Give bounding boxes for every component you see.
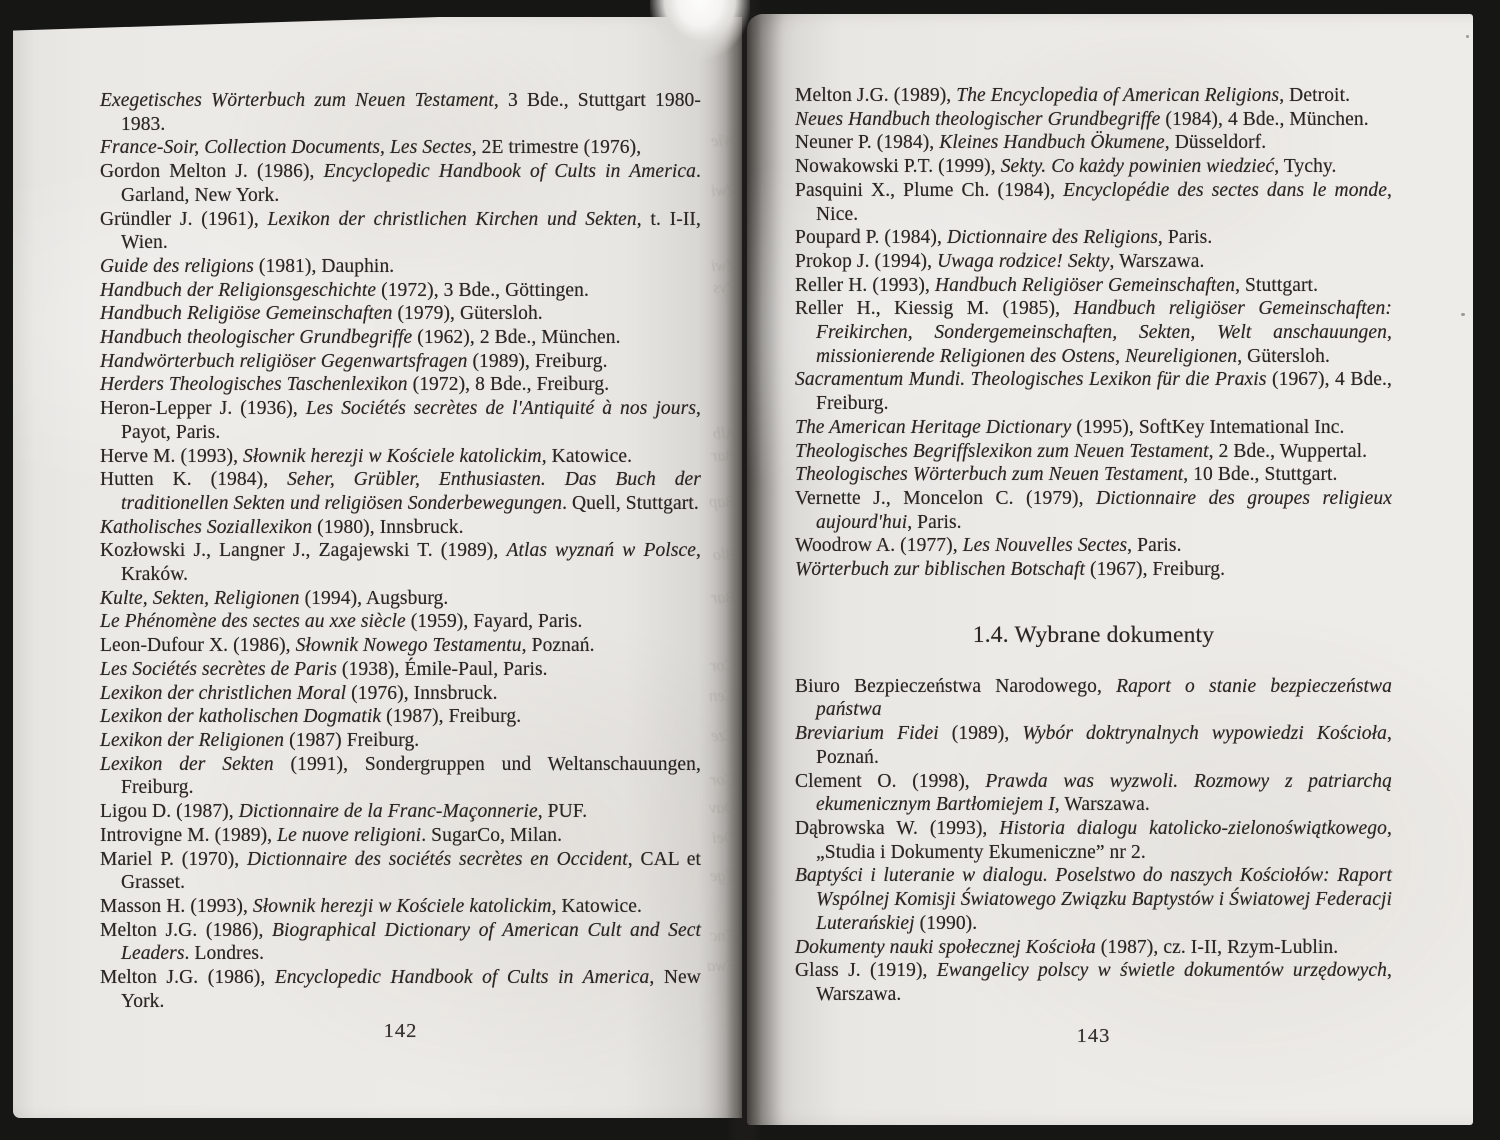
bibliography-entry: Sacramentum Mundi. Theologisches Lexikon… <box>795 368 1392 415</box>
bibliography-entry: Gründler J. (1961), Lexikon der christli… <box>100 208 701 255</box>
bibliography-entry: Katholisches Soziallexikon (1980), Innsb… <box>100 516 701 540</box>
bibliography-entry: Herders Theologisches Taschenlexikon (19… <box>100 373 701 397</box>
bibliography-entry: Lexikon der christlichen Moral (1976), I… <box>100 682 701 706</box>
book-spread-scan: Exegetisches Wörterbuch zum Neuen Testam… <box>0 0 1500 1140</box>
bibliography-entry: Pasquini X., Plume Ch. (1984), Encyclopé… <box>795 179 1392 226</box>
bibliography-entry: Masson H. (1993), Słownik herezji w Kośc… <box>100 895 701 919</box>
bibliography-entry: Lexikon der Sekten (1991), Sondergruppen… <box>100 753 701 800</box>
bibliography-entry: Prokop J. (1994), Uwaga rodzice! Sekty, … <box>795 250 1392 274</box>
bibliography-entry: Ligou D. (1987), Dictionnaire de la Fran… <box>100 800 701 824</box>
bibliography-entry: Neues Handbuch theologischer Grundbegrif… <box>795 108 1392 132</box>
bibliography-entry: Melton J.G. (1986), Biographical Diction… <box>100 919 701 966</box>
bibliography-entry: Exegetisches Wörterbuch zum Neuen Testam… <box>100 89 701 136</box>
bibliography-entry: Theologisches Begriffslexikon zum Neuen … <box>795 440 1392 464</box>
bibliography-entry: Woodrow A. (1977), Les Nouvelles Sectes,… <box>795 534 1392 558</box>
section-heading: 1.4. Wybrane dokumenty <box>795 621 1392 649</box>
bibliography-entry: Herve M. (1993), Słownik herezji w Kości… <box>100 445 701 469</box>
bibliography-entry: Gordon Melton J. (1986), Encyclopedic Ha… <box>100 160 701 207</box>
bibliography-entry: Melton J.G. (1989), The Encyclopedia of … <box>795 84 1392 108</box>
bibliography-entry: Nowakowski P.T. (1999), Sekty. Co każdy … <box>795 155 1392 179</box>
bibliography-entry: Heron-Lepper J. (1936), Les Sociétés sec… <box>100 397 701 444</box>
bibliography-entry: Dąbrowska W. (1993), Historia dialogu ka… <box>795 817 1392 864</box>
right-page-text-block: Melton J.G. (1989), The Encyclopedia of … <box>795 84 1392 1007</box>
bibliography-entry: Glass J. (1919), Ewangelicy polscy w świ… <box>795 959 1392 1006</box>
bibliography-entry: Theologisches Wörterbuch zum Neuen Testa… <box>795 463 1392 487</box>
bibliography-entry: Reller H., Kiessig M. (1985), Handbuch r… <box>795 297 1392 368</box>
bibliography-entry: Guide des religions (1981), Dauphin. <box>100 255 701 279</box>
bibliography-entry: Neuner P. (1984), Kleines Handbuch Ökume… <box>795 131 1392 155</box>
bibliography-entry: Introvigne M. (1989), Le nuove religioni… <box>100 824 701 848</box>
page-gutter-crease <box>726 0 762 1140</box>
right-page: Melton J.G. (1989), The Encyclopedia of … <box>747 14 1473 1125</box>
bibliography-entry: Melton J.G. (1986), Encyclopedic Handboo… <box>100 966 701 1013</box>
bibliography-entry: Leon-Dufour X. (1986), Słownik Nowego Te… <box>100 634 701 658</box>
bibliography-entry: Poupard P. (1984), Dictionnaire des Reli… <box>795 226 1392 250</box>
bibliography-entry: Lexikon der katholischen Dogmatik (1987)… <box>100 705 701 729</box>
bibliography-entry: Hutten K. (1984), Seher, Grübler, Enthus… <box>100 468 701 515</box>
bibliography-entry: Dokumenty nauki społecznej Kościoła (198… <box>795 936 1392 960</box>
bibliography-entry: France-Soir, Collection Documents, Les S… <box>100 136 701 160</box>
bibliography-entry: Clement O. (1998), Prawda was wyzwoli. R… <box>795 770 1392 817</box>
bibliography-entry: Les Sociétés secrètes de Paris (1938), É… <box>100 658 701 682</box>
paper-speck <box>1461 313 1465 316</box>
bibliography-entry: Handbuch theologischer Grundbegriffe (19… <box>100 326 701 350</box>
bibliography-entry: The American Heritage Dictionary (1995),… <box>795 416 1392 440</box>
bibliography-entry: Kozłowski J., Langner J., Zagajewski T. … <box>100 539 701 586</box>
bibliography-entry: Handbuch der Religionsgeschichte (1972),… <box>100 279 701 303</box>
bibliography-entry: Kulte, Sekten, Religionen (1994), Augsbu… <box>100 587 701 611</box>
bibliography-entry: Le Phénomène des sectes au xxe siècle (1… <box>100 610 701 634</box>
bibliography-entry: Reller H. (1993), Handbuch Religiöser Ge… <box>795 274 1392 298</box>
bibliography-entry: Vernette J., Moncelon C. (1979), Diction… <box>795 487 1392 534</box>
documents-section: Biuro Bezpieczeństwa Narodowego, Raport … <box>795 675 1392 1007</box>
bibliography-entry: Handbuch Religiöse Gemeinschaften (1979)… <box>100 302 701 326</box>
bibliography-entry: Baptyści i luteranie w dialogu. Poselstw… <box>795 864 1392 935</box>
left-page-text-block: Exegetisches Wörterbuch zum Neuen Testam… <box>100 89 701 1013</box>
bibliography-entry: Handwörterbuch religiöser Gegenwartsfrag… <box>100 350 701 374</box>
bibliography-entry: Breviarium Fidei (1989), Wybór doktrynal… <box>795 722 1392 769</box>
page-number: 142 <box>100 1020 701 1043</box>
bibliography-section: Melton J.G. (1989), The Encyclopedia of … <box>795 84 1392 582</box>
bibliography-entry: Lexikon der Religionen (1987) Freiburg. <box>100 729 701 753</box>
fold-highlight <box>650 0 750 64</box>
left-page: Exegetisches Wörterbuch zum Neuen Testam… <box>13 17 742 1118</box>
page-number: 143 <box>795 1025 1392 1048</box>
bibliography-entry: Mariel P. (1970), Dictionnaire des socié… <box>100 848 701 895</box>
bibliography-entry: Wörterbuch zur biblischen Botschaft (196… <box>795 558 1392 582</box>
paper-speck <box>1466 35 1469 38</box>
bibliography-entry: Biuro Bezpieczeństwa Narodowego, Raport … <box>795 675 1392 722</box>
